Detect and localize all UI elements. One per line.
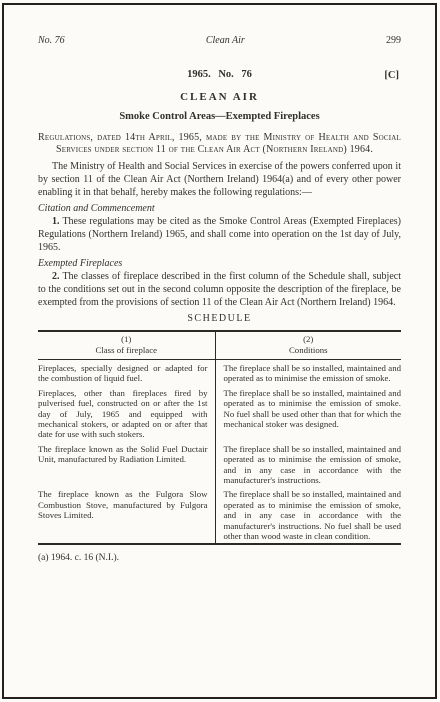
cell-fireplace-class: Fireplaces, specially designed or adapte… (38, 360, 215, 385)
table-header-class-of-fireplace: (1) Class of fireplace (38, 331, 215, 360)
cell-conditions: The fireplace shall be so installed, mai… (215, 360, 401, 385)
section-text-1: These regulations may be cited as the Sm… (38, 216, 401, 253)
doc-subtitle: Smoke Control Areas—Exempted Fireplaces (38, 111, 401, 123)
page-frame: No. 76 Clean Air 299 1965. No. 76 [C] CL… (2, 3, 437, 699)
col1-label: Class of fireplace (42, 345, 211, 356)
col1-number: (1) (42, 334, 211, 345)
section-heading-exempted: Exempted Fireplaces (38, 258, 401, 270)
section-heading-citation: Citation and Commencement (38, 203, 401, 215)
running-header-page-number: 299 (386, 35, 401, 47)
section-number-1: 1. (52, 216, 60, 227)
act-title: CLEAN AIR (38, 91, 401, 103)
table-row: The fireplace known as the Fulgora Slow … (38, 486, 401, 543)
preamble: Regulations, dated 14th April, 1965, mad… (38, 132, 401, 156)
scanned-document-page: No. 76 Clean Air 299 1965. No. 76 [C] CL… (0, 0, 440, 702)
table-row: Fireplaces, other than fireplaces fired … (38, 385, 401, 441)
table-header-conditions: (2) Conditions (215, 331, 401, 360)
cell-conditions: The fireplace shall be so installed, mai… (215, 441, 401, 487)
cell-conditions: The fireplace shall be so installed, mai… (215, 385, 401, 441)
section-text-2: The classes of fireplace described in th… (38, 271, 401, 308)
col2-number: (2) (220, 334, 398, 345)
cell-conditions: The fireplace shall be so installed, mai… (215, 486, 401, 543)
schedule-table: (1) Class of fireplace (2) Conditions Fi… (38, 330, 401, 545)
section-paragraph-2: 2. The classes of fireplace described in… (38, 270, 401, 309)
corner-mark: [C] (384, 70, 399, 82)
section-paragraph-1: 1. These regulations may be cited as the… (38, 215, 401, 254)
schedule-title: SCHEDULE (38, 313, 401, 325)
running-header-doc-number: No. 76 (38, 35, 65, 47)
intro-paragraph: The Ministry of Health and Social Servic… (38, 160, 401, 199)
footnote: (a) 1964. c. 16 (N.I.). (38, 552, 401, 564)
running-header-title: Clean Air (206, 35, 245, 47)
cell-fireplace-class: Fireplaces, other than fireplaces fired … (38, 385, 215, 441)
doc-number: 1965. No. 76 (187, 69, 252, 80)
cell-fireplace-class: The fireplace known as the Solid Fuel Du… (38, 441, 215, 487)
running-header: No. 76 Clean Air 299 (38, 35, 401, 47)
section-number-2: 2. (52, 271, 60, 282)
table-row: The fireplace known as the Solid Fuel Du… (38, 441, 401, 487)
col2-label: Conditions (220, 345, 398, 356)
cell-fireplace-class: The fireplace known as the Fulgora Slow … (38, 486, 215, 543)
table-header-row: (1) Class of fireplace (2) Conditions (38, 331, 401, 360)
masthead-line: 1965. No. 76 [C] (38, 69, 401, 81)
table-row: Fireplaces, specially designed or adapte… (38, 360, 401, 385)
